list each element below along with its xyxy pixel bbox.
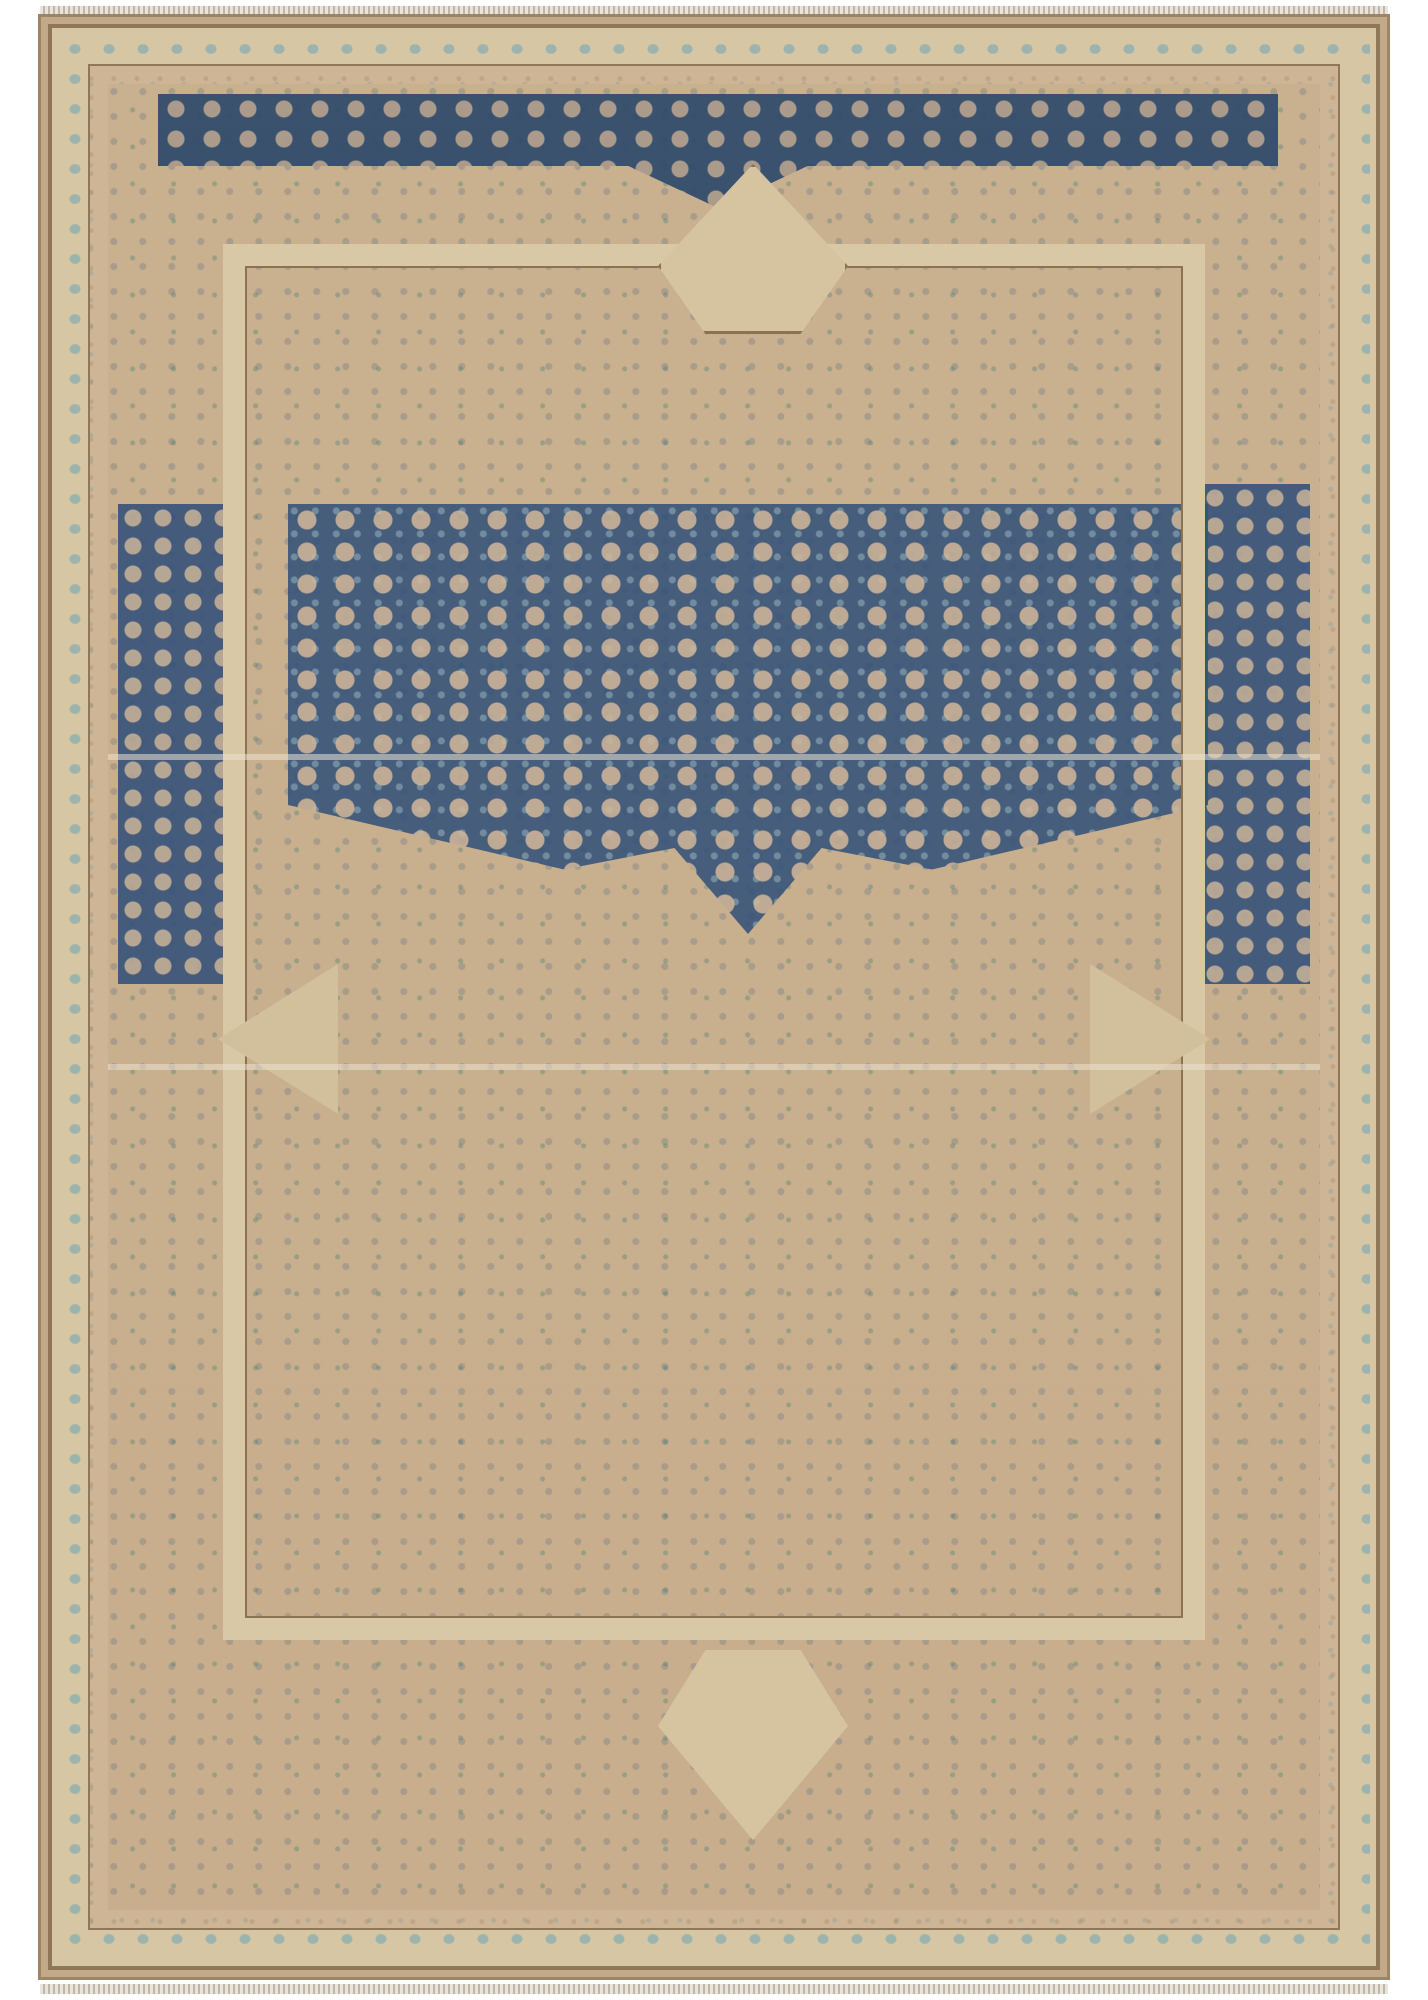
left-blue-panel: [118, 504, 228, 984]
rug: [38, 14, 1390, 1980]
right-blue-panel: [1200, 484, 1310, 984]
bottom-fringe: [40, 1984, 1388, 1994]
wear-line: [108, 1064, 1320, 1070]
medallion-frame: [223, 244, 1205, 1640]
wear-line: [108, 754, 1320, 760]
